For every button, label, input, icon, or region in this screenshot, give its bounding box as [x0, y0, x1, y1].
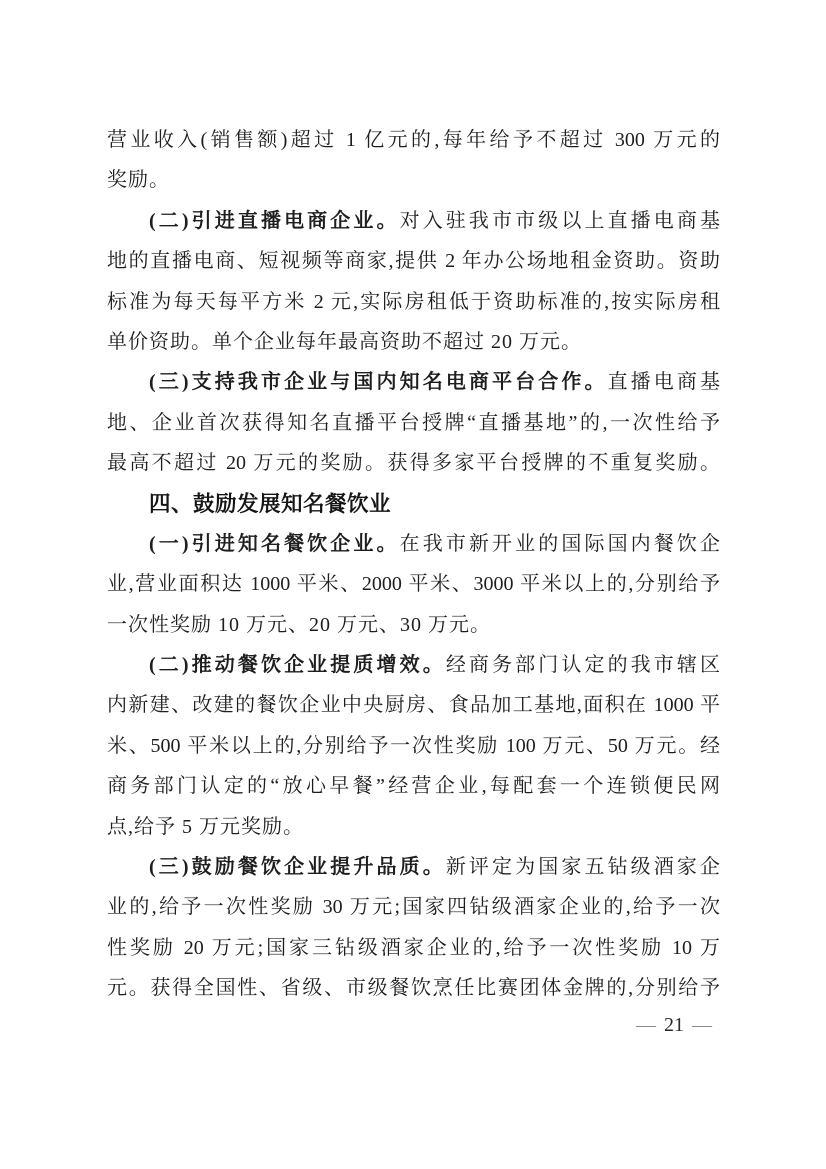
- line-text: 经商务部门认定的我市辖区: [446, 654, 720, 676]
- text-line: 业的,给予一次性奖励 30 万元;国家四钻级酒家企业的,给予一次: [107, 887, 720, 927]
- text-line: 标准为每天每平方米 2 元,实际房租低于资助标准的,按实际房租: [107, 282, 720, 322]
- text-line: 单价资助。单个企业每年最高资助不超过 20 万元。: [107, 322, 720, 362]
- text-line: 内新建、改建的餐饮企业中央厨房、食品加工基地,面积在 1000 平: [107, 685, 720, 725]
- page-number: —21—: [107, 1008, 720, 1042]
- paragraph-lead: (三)支持我市企业与国内知名电商平台合作。: [149, 371, 608, 393]
- document-page: 营业收入(销售额)超过 1 亿元的,每年给予不超过 300 万元的 奖励。 (二…: [0, 0, 826, 1169]
- text-line: 性奖励 20 万元;国家三钻级酒家企业的,给予一次性奖励 10 万: [107, 928, 720, 968]
- text-line: 点,给予 5 万元奖励。: [107, 807, 720, 847]
- text-line: (二)引进直播电商企业。对入驻我市市级以上直播电商基: [107, 201, 720, 241]
- paragraph-lead: (二)引进直播电商企业。: [149, 210, 400, 232]
- text-line: 奖励。: [107, 160, 720, 200]
- text-line: 地、企业首次获得知名直播平台授牌“直播基地”的,一次性给予: [107, 403, 720, 443]
- paragraph-lead: (三)鼓励餐饮企业提升品质。: [149, 856, 446, 878]
- section-heading: 四、鼓励发展知名餐饮业: [107, 484, 720, 524]
- paragraph-lead: (二)推动餐饮企业提质增效。: [149, 654, 446, 676]
- text-line: 一次性奖励 10 万元、20 万元、30 万元。: [107, 605, 720, 645]
- text-line: 业,营业面积达 1000 平米、2000 平米、3000 平米以上的,分别给予: [107, 564, 720, 604]
- text-line: (三)支持我市企业与国内知名电商平台合作。直播电商基: [107, 362, 720, 402]
- text-line: 地的直播电商、短视频等商家,提供 2 年办公场地租金资助。资助: [107, 241, 720, 281]
- page-number-dash: —: [684, 1014, 720, 1036]
- line-text: 对入驻我市市级以上直播电商基: [400, 210, 720, 232]
- text-line: (二)推动餐饮企业提质增效。经商务部门认定的我市辖区: [107, 645, 720, 685]
- text-line: 最高不超过 20 万元的奖励。获得多家平台授牌的不重复奖励。: [107, 443, 720, 483]
- text-block: 营业收入(销售额)超过 1 亿元的,每年给予不超过 300 万元的 奖励。 (二…: [107, 120, 720, 1009]
- paragraph-lead: (一)引进知名餐饮企业。: [149, 533, 400, 555]
- page-number-dash: —: [628, 1014, 664, 1036]
- line-text: 在我市新开业的国际国内餐饮企: [400, 533, 720, 555]
- page-number-value: 21: [664, 1014, 684, 1036]
- text-line: 元。获得全国性、省级、市级餐饮烹任比赛团体金牌的,分别给予: [107, 968, 720, 1008]
- line-text: 新评定为国家五钻级酒家企: [446, 856, 720, 878]
- text-line: 营业收入(销售额)超过 1 亿元的,每年给予不超过 300 万元的: [107, 120, 720, 160]
- text-line: 米、500 平米以上的,分别给予一次性奖励 100 万元、50 万元。经: [107, 726, 720, 766]
- text-line: (三)鼓励餐饮企业提升品质。新评定为国家五钻级酒家企: [107, 847, 720, 887]
- line-text: 直播电商基: [608, 371, 720, 393]
- text-line: 商务部门认定的“放心早餐”经营企业,每配套一个连锁便民网: [107, 766, 720, 806]
- text-line: (一)引进知名餐饮企业。在我市新开业的国际国内餐饮企: [107, 524, 720, 564]
